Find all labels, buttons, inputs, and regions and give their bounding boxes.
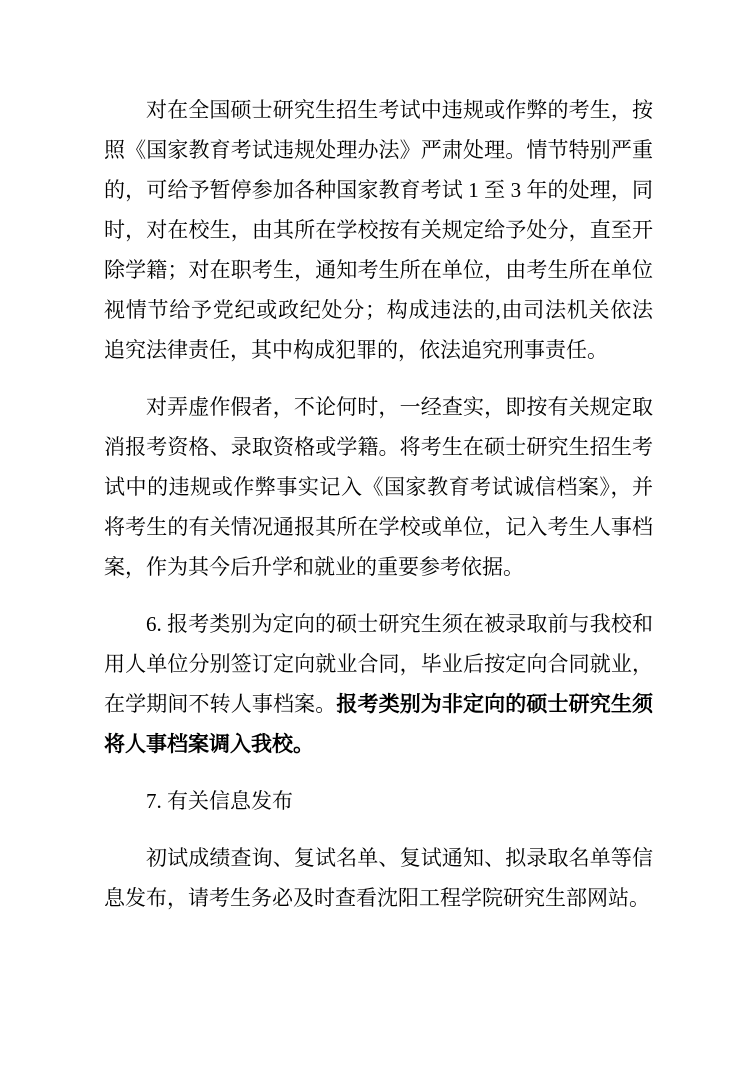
paragraph-item7-heading: 7. 有关信息发布 [104, 781, 653, 821]
paragraph-info-release: 初试成绩查询、复试名单、复试通知、拟录取名单等信息发布，请考生务必及时查看沈阳工… [104, 838, 653, 918]
paragraph-item6: 6. 报考类别为定向的硕士研究生须在被录取前与我校和用人单位分别签订定向就业合同… [104, 604, 653, 764]
paragraph-violation-handling: 对在全国硕士研究生招生考试中违规或作弊的考生，按照《国家教育考试违规处理办法》严… [104, 90, 653, 370]
document-page: 对在全国硕士研究生招生考试中违规或作弊的考生，按照《国家教育考试违规处理办法》严… [0, 0, 756, 1069]
paragraph-fraud-handling: 对弄虚作假者，不论何时，一经查实，即按有关规定取消报考资格、录取资格或学籍。将考… [104, 387, 653, 587]
document-body: 对在全国硕士研究生招生考试中违规或作弊的考生，按照《国家教育考试违规处理办法》严… [104, 90, 653, 935]
